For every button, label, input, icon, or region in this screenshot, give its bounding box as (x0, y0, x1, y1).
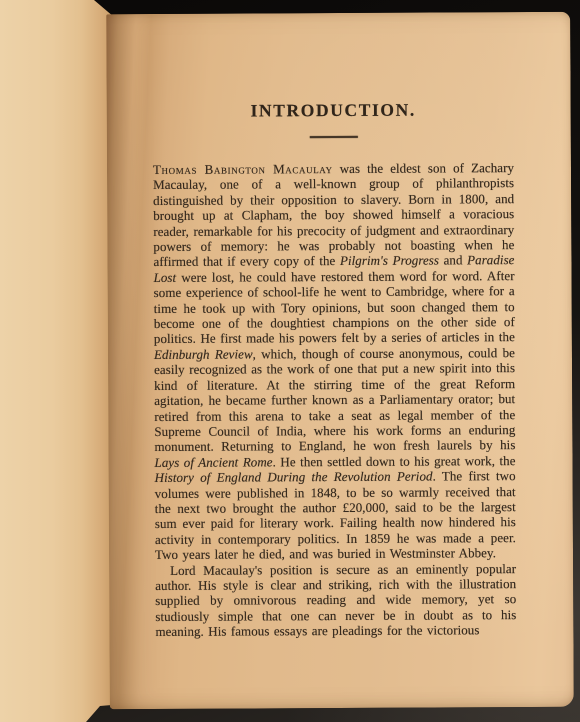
text-segment-normal: Lord Macaulay's position is secure as an… (155, 561, 516, 640)
paragraph: Lord Macaulay's position is secure as an… (155, 561, 516, 640)
text-segment-normal: , which, though of course anonymous, cou… (154, 345, 515, 454)
text-segment-normal: and (439, 253, 467, 268)
text-segment-italic: Edinburgh Review (154, 346, 253, 362)
text-segment-italic: Pilgrim's Progress (340, 253, 439, 269)
text-segment-normal: . He then settled down to his great work… (273, 453, 516, 469)
text-segment-normal: were lost, he could have restored them w… (154, 268, 515, 347)
book-page: INTRODUCTION. Thomas Babington Macaulay … (106, 12, 574, 709)
page-content: INTRODUCTION. Thomas Babington Macaulay … (153, 98, 517, 639)
paragraph: Thomas Babington Macaulay was the eldest… (153, 160, 516, 562)
text-segment-italic: Lays of Ancient Rome (154, 454, 272, 470)
body-text: Thomas Babington Macaulay was the eldest… (153, 160, 516, 639)
title-divider-rule (309, 136, 357, 138)
text-segment-smallcaps: Thomas Babington Macaulay (153, 161, 333, 177)
page-title: INTRODUCTION. (153, 98, 514, 122)
text-segment-italic: History of England During the Revolution… (155, 469, 433, 485)
